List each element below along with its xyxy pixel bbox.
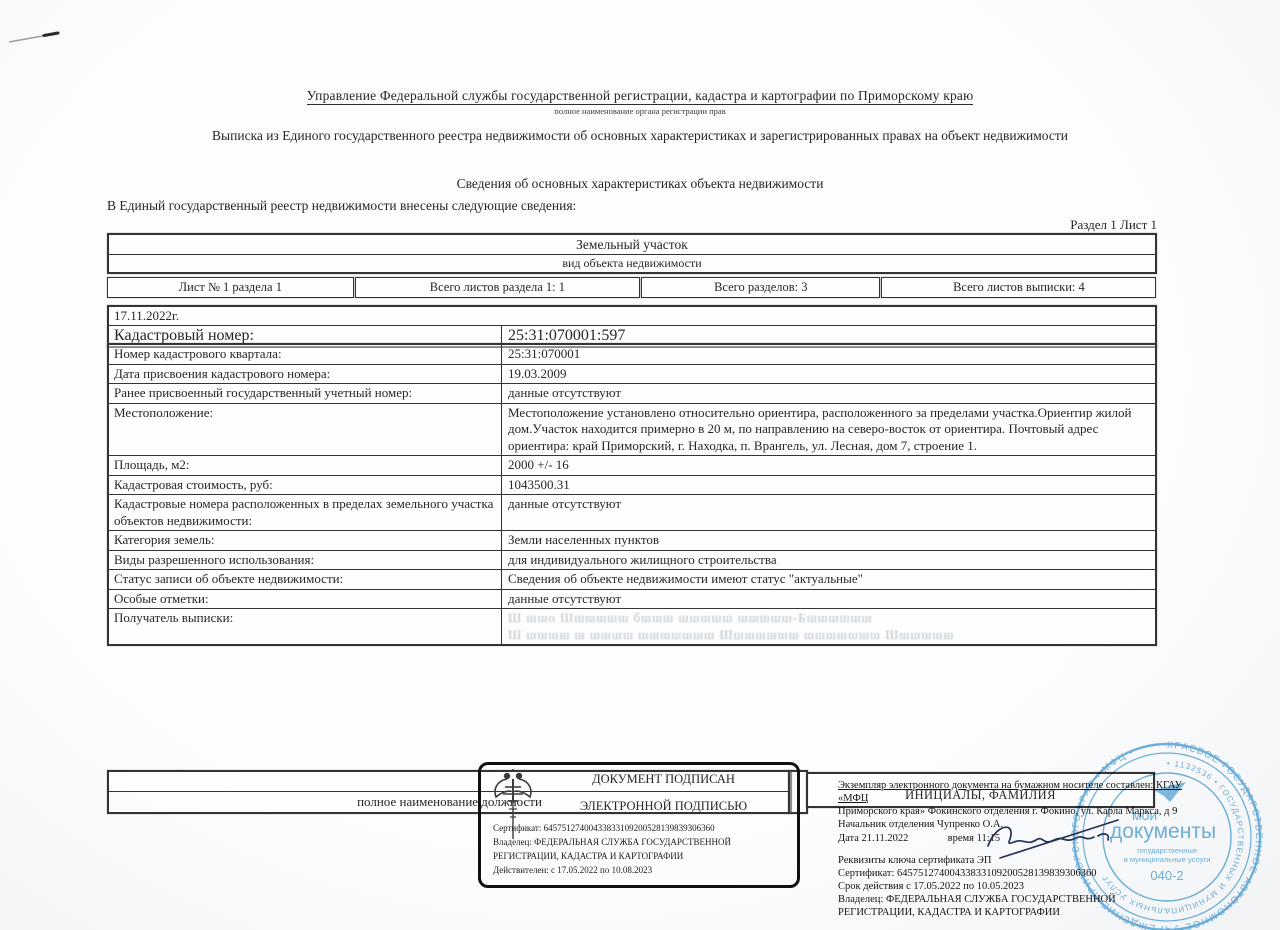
row-label: Статус записи об объекте недвижимости:: [109, 570, 502, 589]
esign-validity: Действителен: с 17.05.2022 по 10.08.2023: [493, 863, 785, 877]
authority-name: Управление Федеральной службы государств…: [0, 88, 1280, 104]
sheet-cell: Лист № 1 раздела 1: [107, 277, 354, 298]
table-row: Площадь, м2:2000 +/- 16: [109, 455, 1155, 475]
intro-line: В Единый государственный реестр недвижим…: [107, 198, 576, 214]
row-value: данные отсутствуют: [502, 495, 1155, 530]
esign-title-line2: ЭЛЕКТРОННОЙ ПОДПИСЬЮ: [541, 799, 786, 814]
main-characteristics-table: Номер кадастрового квартала:25:31:070001…: [107, 343, 1157, 646]
sheet-reference: Раздел 1 Лист 1: [107, 217, 1157, 233]
esign-owner-line2: РЕГИСТРАЦИИ, КАДАСТРА И КАРТОГРАФИИ: [493, 849, 785, 863]
row-label: Категория земель:: [109, 531, 502, 550]
row-label: Местоположение:: [109, 404, 502, 456]
sheet-cell: Всего листов раздела 1: 1: [355, 277, 641, 298]
esign-owner-line1: Владелец: ФЕДЕРАЛЬНАЯ СЛУЖБА ГОСУДАРСТВЕ…: [493, 835, 785, 849]
row-label: Ранее присвоенный государственный учетны…: [109, 384, 502, 403]
row-value: данные отсутствуют: [502, 384, 1155, 403]
object-type-box: Земельный участок вид объекта недвижимос…: [107, 233, 1157, 274]
row-value: 19.03.2009: [502, 365, 1155, 384]
row-label: Площадь, м2:: [109, 456, 502, 475]
table-row: Статус записи об объекте недвижимости:Св…: [109, 569, 1155, 589]
row-label: Получатель выписки:: [109, 609, 502, 644]
faded-text-line: Ш шшо Шшшшшш бшшш шшшшш шшшшш-Бшшшшшш: [508, 610, 1149, 627]
row-label: Номер кадастрового квартала:: [109, 345, 502, 364]
date-cadastral-box: 17.11.2022г. Кадастровый номер: 25:31:07…: [107, 305, 1157, 348]
row-value-faded: Ш шшо Шшшшшш бшшш шшшшш шшшшш-Бшшшшшш Ш …: [502, 609, 1155, 644]
extract-date: 17.11.2022г.: [109, 307, 1155, 325]
document-title: Выписка из Единого государственного реес…: [0, 128, 1280, 144]
esignature-stamp: ДОКУМЕНТ ПОДПИСАН ЭЛЕКТРОННОЙ ПОДПИСЬЮ С…: [478, 762, 800, 888]
mfc-line1: Экземпляр электронного документа на бума…: [838, 779, 1183, 805]
row-value: Сведения об объекте недвижимости имеют с…: [502, 570, 1155, 589]
authority-caption: полное наименование органа регистрации п…: [0, 106, 1280, 116]
esign-title-line1: ДОКУМЕНТ ПОДПИСАН: [541, 772, 786, 787]
table-row: Дата присвоения кадастрового номера:19.0…: [109, 364, 1155, 384]
faded-text-line: Ш шшшш ш шшшш шшшшшшш Шшшшшшш шшшшшшш Шш…: [508, 627, 1149, 644]
table-row-recipient: Получатель выписки: Ш шшо Шшшшшш бшшш шш…: [109, 608, 1155, 644]
row-value: Местоположение установлено относительно …: [502, 404, 1155, 456]
object-type-caption: вид объекта недвижимости: [109, 254, 1155, 272]
table-row: Кадастровая стоимость, руб:1043500.31: [109, 475, 1155, 495]
row-label: Особые отметки:: [109, 590, 502, 609]
row-value: 1043500.31: [502, 476, 1155, 495]
mfc-date: Дата 21.11.2022: [838, 833, 908, 844]
table-row: Особые отметки:данные отсутствуют: [109, 589, 1155, 609]
row-label: Виды разрешенного использования:: [109, 551, 502, 570]
handwritten-signature: [980, 806, 1150, 870]
object-type-title: Земельный участок: [109, 235, 1155, 254]
table-row: Категория земель:Земли населенных пункто…: [109, 530, 1155, 550]
sheet-cell: Всего листов выписки: 4: [881, 277, 1156, 298]
row-label: Кадастровая стоимость, руб:: [109, 476, 502, 495]
table-row: Местоположение:Местоположение установлен…: [109, 403, 1155, 456]
table-row: Ранее присвоенный государственный учетны…: [109, 383, 1155, 403]
table-row: Кадастровые номера расположенных в преде…: [109, 494, 1155, 530]
mfc-owner-line: Владелец: ФЕДЕРАЛЬНАЯ СЛУЖБА ГОСУДАРСТВЕ…: [838, 893, 1168, 919]
section-title: Сведения об основных характеристиках объ…: [0, 176, 1280, 192]
row-value: 25:31:070001: [502, 345, 1155, 364]
row-value: 2000 +/- 16: [502, 456, 1155, 475]
sheet-counters-row: Лист № 1 раздела 1 Всего листов раздела …: [107, 277, 1157, 298]
row-label: Кадастровые номера расположенных в преде…: [109, 495, 502, 530]
row-label: Дата присвоения кадастрового номера:: [109, 365, 502, 384]
mfc-validity-line: Срок действия с 17.05.2022 по 10.05.2023: [838, 880, 1183, 893]
esign-certificate: Сертификат: 6457512740043383310920052813…: [493, 821, 785, 835]
row-value: Земли населенных пунктов: [502, 531, 1155, 550]
row-value: для индивидуального жилищного строительс…: [502, 551, 1155, 570]
sheet-cell: Всего разделов: 3: [641, 277, 880, 298]
pen-scan-mark: [6, 26, 70, 50]
table-row: Номер кадастрового квартала:25:31:070001: [109, 345, 1155, 364]
row-value: данные отсутствуют: [502, 590, 1155, 609]
table-row: Виды разрешенного использования:для инди…: [109, 550, 1155, 570]
